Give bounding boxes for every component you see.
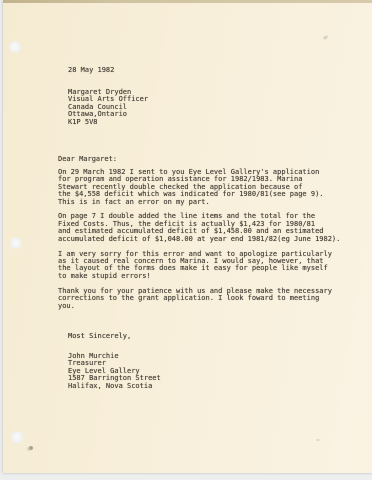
- paragraph-2: On page 7 I double added the line items …: [58, 213, 354, 243]
- paragraph-3: I am very sorry for this error and want …: [58, 251, 354, 281]
- paper-speck: [323, 35, 329, 40]
- paper-speck: [316, 439, 320, 441]
- recipient-address: Margaret Dryden Visual Arts Officer Cana…: [68, 89, 148, 126]
- paragraph-4: Thank you for your patience with us and …: [58, 288, 354, 310]
- letter-date: 28 May 1982: [68, 67, 114, 74]
- paper-top-edge: [3, 0, 372, 3]
- salutation: Dear Margaret:: [58, 156, 354, 163]
- punch-hole-middle: [10, 237, 22, 249]
- closing: Most Sincerely,: [68, 333, 131, 340]
- letter-body: Dear Margaret: On 29 March 1982 I sent t…: [58, 156, 354, 317]
- paragraph-1: On 29 March 1982 I sent to you Eye Level…: [58, 169, 354, 206]
- signature-city: Halifax, Nova Scotia: [68, 383, 161, 390]
- letter-page: 28 May 1982 Margaret Dryden Visual Arts …: [3, 0, 372, 473]
- punch-hole-bottom: [11, 431, 23, 443]
- signature-block: John Murchie Treasurer Eye Level Gallery…: [68, 353, 161, 390]
- recipient-postal-code: K1P 5V8: [68, 119, 148, 126]
- paper-speck: [29, 446, 33, 450]
- punch-hole-top: [9, 41, 21, 53]
